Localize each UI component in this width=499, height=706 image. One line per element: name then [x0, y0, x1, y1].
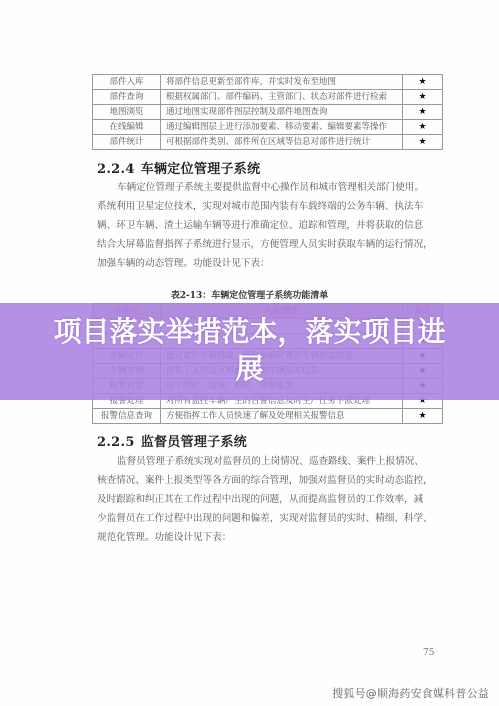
section-heading-2-2-5: 2.2.5监督员管理子系统	[97, 431, 247, 450]
paragraph-line: 辆、环卫车辆、渣土运输车辆等进行准确定位、追踪和管理，并将获取的信息	[97, 216, 445, 235]
function-desc: 将部件信息更新至部件库，并实时发布至地图	[161, 75, 403, 90]
paragraph-line: 监督员管理子系统实现对监督员的上岗情况、巡查路线、案件上报情况、	[97, 452, 445, 471]
star-icon: ★	[403, 135, 443, 150]
table-caption: 表2-13：车辆定位管理子系统功能清单	[0, 288, 499, 301]
document-page: 部件入库 将部件信息更新至部件库，并实时发布至地图 ★ 部件查询 根据权属部门、…	[0, 0, 499, 706]
paragraph-line: 及时跟踪和纠正其在工作过程中出现的问题，从而提高监督员的工作效率，减	[97, 490, 445, 509]
section-number: 2.2.4	[97, 162, 135, 177]
function-name: 部件入库	[93, 75, 161, 90]
function-name: 部件查询	[93, 90, 161, 105]
table-row: 报警信息查询 方便指挥工作人员快速了解及处理相关报警信息 ★	[93, 409, 443, 424]
table-row: 部件统计 可根据部件类别、部件所在区域等信息对部件进行统计 ★	[93, 135, 443, 150]
function-desc: 根据权属部门、部件编码、主管部门、状态对部件进行检索	[161, 90, 403, 105]
paragraph-line: 结合大屏幕监督指挥子系统进行显示，方便管理人员实时获取车辆的运行情况，	[97, 235, 445, 254]
table-row: 在线编辑 通过编辑图层上进行添加要素、移动要素、编辑要素等操作 ★	[93, 120, 443, 135]
star-icon: ★	[403, 90, 443, 105]
watermark: 搜狐号@顺海药安食媒科普公益	[332, 685, 489, 701]
paragraph-line: 车辆定位管理子系统主要提供监督中心操作员和城市管理相关部门使用。	[97, 178, 445, 197]
paragraph-line: 加强车辆的动态管理。功能设计见下表：	[97, 254, 445, 273]
table-row: 部件入库 将部件信息更新至部件库，并实时发布至地图 ★	[93, 75, 443, 90]
section-title: 车辆定位管理子系统	[141, 162, 261, 177]
star-icon: ★	[403, 120, 443, 135]
page-number: 75	[423, 648, 434, 658]
table-row: 部件查询 根据权属部门、部件编码、主管部门、状态对部件进行检索 ★	[93, 90, 443, 105]
section-paragraph: 车辆定位管理子系统主要提供监督中心操作员和城市管理相关部门使用。 系统利用卫星定…	[97, 178, 445, 273]
banner-title: 项目落实举措范本，落实项目进展	[0, 313, 499, 387]
section-heading-2-2-4: 2.2.4车辆定位管理子系统	[97, 158, 260, 177]
function-name: 在线编辑	[93, 120, 161, 135]
section-paragraph: 监督员管理子系统实现对监督员的上岗情况、巡查路线、案件上报情况、 核查情况、案件…	[97, 452, 445, 547]
paragraph-line: 规范化管理。功能设计见下表：	[97, 528, 445, 547]
star-icon: ★	[403, 409, 443, 424]
function-desc: 通过地图实现部件图层控制及部件地图查询	[161, 105, 403, 120]
section-title: 监督员管理子系统	[141, 435, 247, 450]
star-icon: ★	[403, 75, 443, 90]
function-desc: 可根据部件类别、部件所在区域等信息对部件进行统计	[161, 135, 403, 150]
function-desc: 方便指挥工作人员快速了解及处理相关报警信息	[161, 409, 403, 424]
table-row: 地图浏览 通过地图实现部件图层控制及部件地图查询 ★	[93, 105, 443, 120]
paragraph-line: 核查情况、案件上报类型等各方面的综合管理，加强对监督员的实时动态监控，	[97, 471, 445, 490]
component-function-table: 部件入库 将部件信息更新至部件库，并实时发布至地图 ★ 部件查询 根据权属部门、…	[92, 74, 443, 150]
function-desc: 通过编辑图层上进行添加要素、移动要素、编辑要素等操作	[161, 120, 403, 135]
paragraph-line: 少监督员在工作过程中出现的问题和偏差，实现对监督员的实时、精细、科学、	[97, 509, 445, 528]
function-name: 报警信息查询	[93, 409, 161, 424]
paragraph-line: 系统利用卫星定位技术，实现对城市范围内装有车载终端的公务车辆、执法车	[97, 197, 445, 216]
function-name: 地图浏览	[93, 105, 161, 120]
star-icon: ★	[403, 105, 443, 120]
function-name: 部件统计	[93, 135, 161, 150]
section-number: 2.2.5	[97, 435, 135, 450]
